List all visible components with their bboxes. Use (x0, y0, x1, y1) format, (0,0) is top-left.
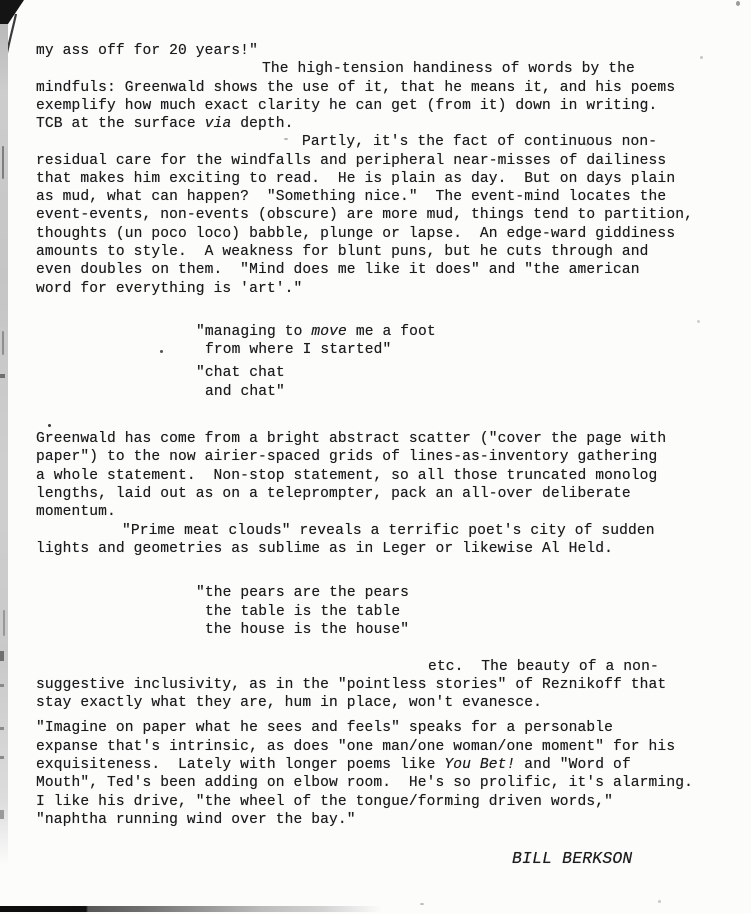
text-line: "naphtha running wind over the bay." (36, 813, 356, 828)
text-line: residual care for the windfalls and peri… (36, 154, 666, 169)
text-line: lengths, laid out as on a teleprompter, … (36, 487, 631, 502)
scan-edge-tick (0, 727, 4, 730)
author-signature: BILL BERKSON (512, 851, 632, 867)
text-line: stay exactly what they are, hum in place… (36, 696, 542, 711)
text-line: exquisiteness. Lately with longer poems … (36, 758, 631, 773)
scan-edge-tick (0, 374, 5, 378)
text-line: I like his drive, "the wheel of the tong… (36, 795, 613, 810)
text-line: The high-tension handiness of words by t… (262, 62, 635, 77)
text-line: Partly, it's the fact of continuous non- (302, 135, 657, 150)
text-line: from where I started" (205, 343, 391, 358)
ink-speck (420, 903, 424, 905)
ink-speck (700, 56, 703, 59)
text-line: the table is the table (205, 605, 400, 620)
text-line: "chat chat (196, 366, 285, 381)
text-line: Mouth", Ted's been adding on elbow room.… (36, 776, 693, 791)
scan-edge-tick (0, 651, 4, 661)
scan-bottom-bar-artifact (0, 906, 382, 912)
text-line: my ass off for 20 years!" (36, 44, 258, 59)
scan-edge-tick (0, 684, 4, 687)
scan-edge-mark (3, 610, 5, 636)
text-line: etc. The beauty of a non- (428, 660, 659, 675)
scan-edge-tick (0, 810, 4, 819)
text-line: paper") to the now airier-spaced grids o… (36, 450, 657, 465)
text-line: thoughts (un poco loco) babble, plunge o… (36, 227, 675, 242)
ink-speck (284, 138, 288, 140)
text-line: momentum. (36, 505, 116, 520)
scanned-typescript-page: my ass off for 20 years!"The high-tensio… (0, 0, 751, 914)
ink-speck (658, 900, 661, 903)
text-line: TCB at the surface via depth. (36, 117, 293, 132)
scan-edge-mark (2, 331, 4, 355)
text-line: "Prime meat clouds" reveals a terrific p… (122, 524, 655, 539)
text-line: even doubles on them. "Mind does me like… (36, 263, 640, 278)
text-line: lights and geometries as sublime as in L… (36, 542, 613, 557)
ink-speck (697, 320, 700, 323)
text-line: event-events, non-events (obscure) are m… (36, 208, 693, 223)
text-line: mindfuls: Greenwald shows the use of it,… (36, 81, 675, 96)
ink-speck (160, 350, 163, 353)
text-line: that makes him exciting to read. He is p… (36, 172, 675, 187)
text-line: exemplify how much exact clarity he can … (36, 99, 657, 114)
text-line: expanse that's intrinsic, as does "one m… (36, 740, 675, 755)
text-line: Greenwald has come from a bright abstrac… (36, 432, 666, 447)
text-line: the house is the house" (205, 623, 409, 638)
ink-speck (48, 424, 51, 427)
text-line: suggestive inclusivity, as in the "point… (36, 678, 666, 693)
text-line: "Imagine on paper what he sees and feels… (36, 721, 613, 736)
scan-edge-mark (2, 146, 4, 179)
text-line: "the pears are the pears (196, 586, 409, 601)
text-line: a whole statement. Non-stop statement, s… (36, 469, 657, 484)
text-line: and chat" (205, 385, 285, 400)
text-line: as mud, what can happen? "Something nice… (36, 190, 666, 205)
text-line: word for everything is 'art'." (36, 282, 302, 297)
ink-speck (736, 1, 740, 6)
scan-edge-tick (0, 756, 4, 759)
text-line: amounts to style. A weakness for blunt p… (36, 245, 649, 260)
text-line: "managing to move me a foot (196, 325, 436, 340)
